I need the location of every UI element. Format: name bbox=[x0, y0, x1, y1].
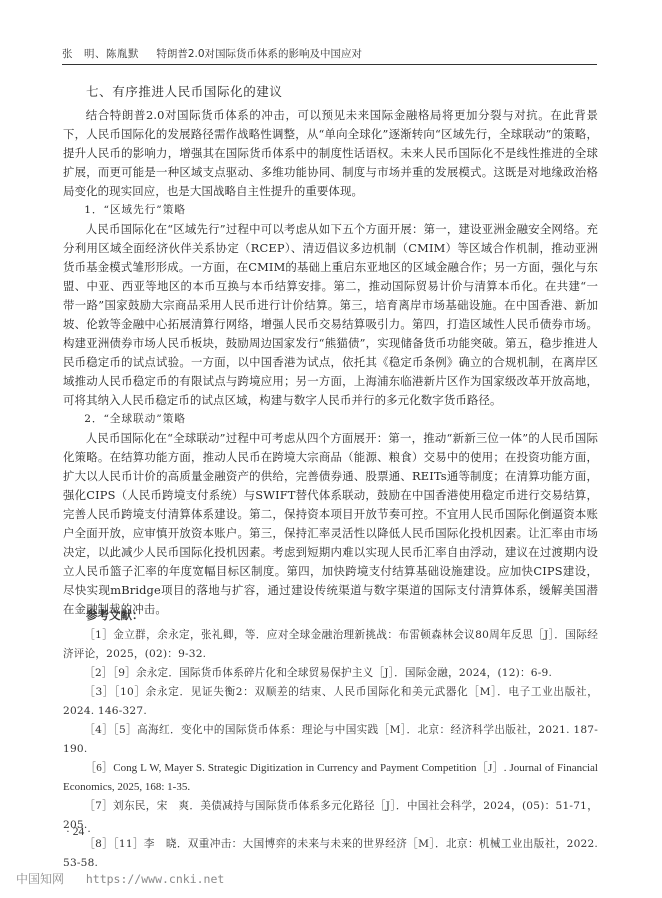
intro-paragraph: 结合特朗普2.0对国际货币体系的冲击，可以预见未来国际金融格局将更加分裂与对抗。… bbox=[63, 106, 598, 201]
running-head-title: 特朗普2.0对国际货币体系的影响及中国应对 bbox=[156, 48, 362, 60]
reference-item: ［2］［9］余永定．国际货币体系碎片化和全球贸易保护主义［J］．国际金融，202… bbox=[63, 664, 598, 683]
reference-item: ［7］刘东民，宋 爽．美债减持与国际货币体系多元化路径［J］．中国社会科学，20… bbox=[63, 797, 598, 835]
subsection-heading-global: 2．“全球联动”策略 bbox=[63, 410, 598, 429]
source-watermark: 中国知网 https://www.cnki.net bbox=[16, 870, 224, 887]
references-title: 参考文献： bbox=[86, 607, 144, 623]
section-body: 结合特朗普2.0对国际货币体系的冲击，可以预见未来国际金融格局将更加分裂与对抗。… bbox=[63, 106, 598, 619]
reference-item: ［8］［11］李 晓．双重冲击：大国博弈的未来与未来的世界经济［M］．北京：机械… bbox=[63, 835, 598, 873]
subsection-heading-regional: 1．“区域先行”策略 bbox=[63, 201, 598, 220]
reference-item: ［1］金立群，余永定，张礼卿，等．应对全球金融治理新挑战：布雷顿森林会议80周年… bbox=[63, 626, 598, 664]
watermark-site-name: 中国知网 bbox=[16, 872, 64, 886]
reference-item: ［6］Cong L W, Mayer S. Strategic Digitiza… bbox=[63, 759, 598, 797]
running-head-authors: 张 明、陈胤默 bbox=[62, 48, 139, 60]
reference-item: ［3］［10］余永定．见证失衡2：双顺差的结束、人民币国际化和美元武器化［M］．… bbox=[63, 683, 598, 721]
watermark-url[interactable]: https://www.cnki.net bbox=[86, 872, 224, 886]
subsection-text-regional: 人民币国际化在“区域先行”过程中可以考虑从如下五个方面开展：第一，建设亚洲金融安… bbox=[63, 220, 598, 410]
reference-item: ［4］［5］高海红．变化中的国际货币体系：理论与中国实践［M］．北京：经济科学出… bbox=[63, 721, 598, 759]
section-title: 七、有序推进人民币国际化的建议 bbox=[86, 82, 283, 100]
page-number: · 24 · bbox=[66, 826, 91, 838]
header-divider bbox=[62, 64, 597, 65]
subsection-text-global: 人民币国际化在“全球联动”过程中可考虑从四个方面展开：第一，推动“新新三位一体”… bbox=[63, 429, 598, 619]
running-head: 张 明、陈胤默 特朗普2.0对国际货币体系的影响及中国应对 bbox=[62, 46, 597, 61]
references-list: ［1］金立群，余永定，张礼卿，等．应对全球金融治理新挑战：布雷顿森林会议80周年… bbox=[63, 626, 598, 873]
